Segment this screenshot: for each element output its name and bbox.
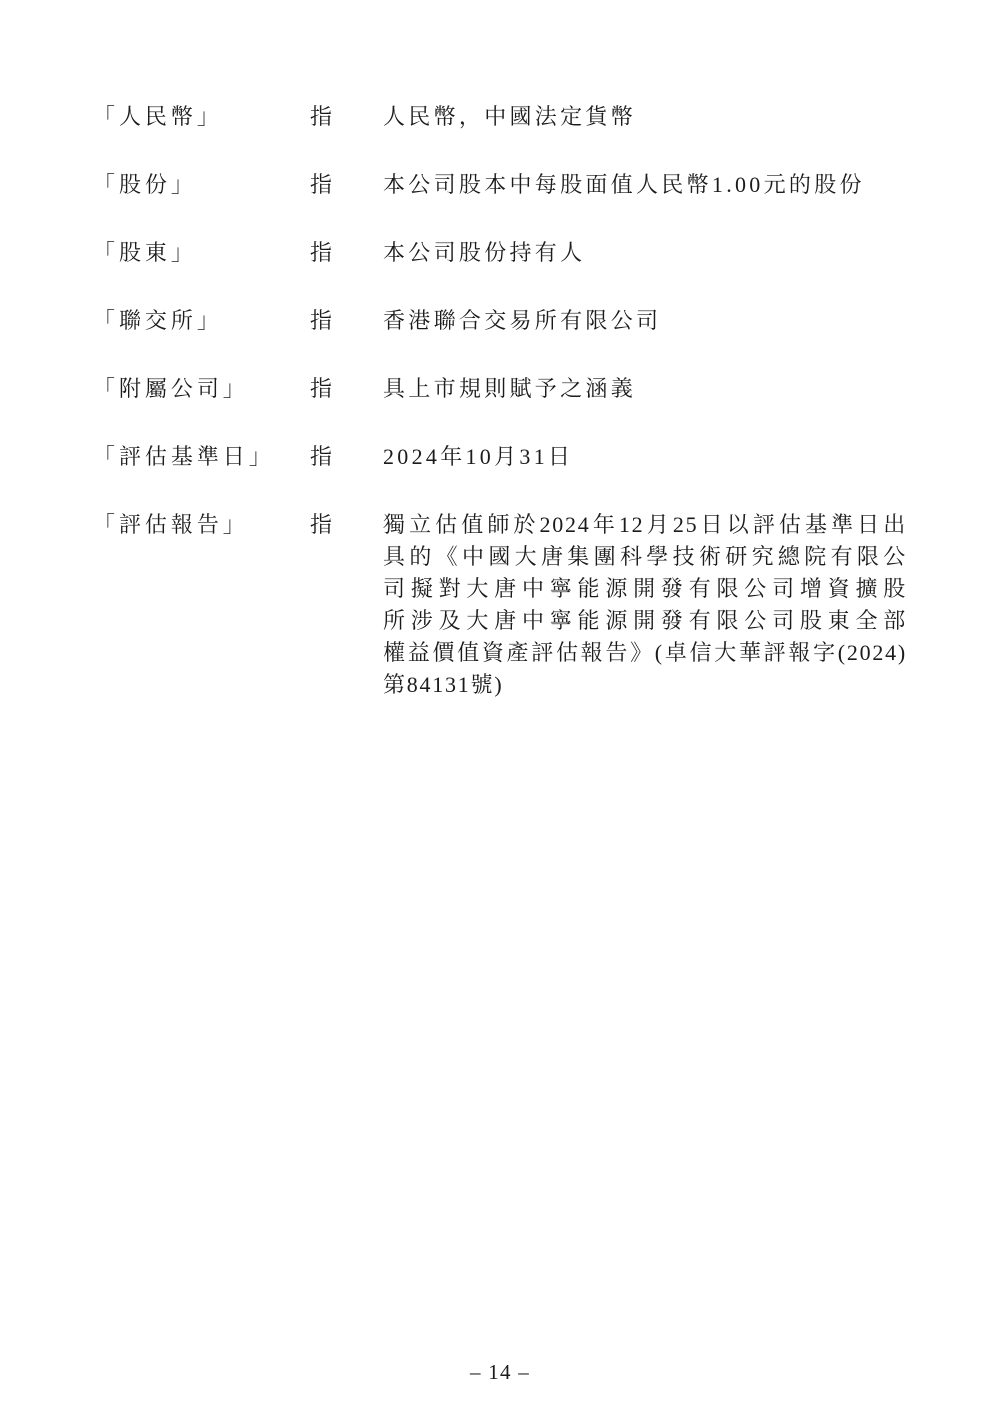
definition-line: 第84131號) (383, 669, 907, 701)
definition-term: 「評估報告」 (93, 509, 310, 541)
definition-line: 所涉及大唐中寧能源開發有限公司股東全部 (383, 605, 907, 637)
definition-line: 具上市規則賦予之涵義 (383, 373, 907, 405)
definition-line: 香港聯合交易所有限公司 (383, 305, 907, 337)
definition-text: 人民幣，中國法定貨幣 (383, 101, 907, 133)
definition-term: 「股東」 (93, 237, 310, 269)
definition-row: 「聯交所」 指 香港聯合交易所有限公司 (93, 305, 907, 337)
definition-term: 「聯交所」 (93, 305, 310, 337)
document-page: 「人民幣」 指 人民幣，中國法定貨幣 「股份」 指 本公司股本中每股面值人民幣1… (0, 0, 1000, 1414)
definition-text: 本公司股份持有人 (383, 237, 907, 269)
definition-text: 本公司股本中每股面值人民幣1.00元的股份 (383, 169, 907, 201)
definition-row: 「評估基準日」 指 2024年10月31日 (93, 441, 907, 473)
definition-text: 具上市規則賦予之涵義 (383, 373, 907, 405)
definitions-list: 「人民幣」 指 人民幣，中國法定貨幣 「股份」 指 本公司股本中每股面值人民幣1… (93, 101, 907, 737)
page-number: – 14 – (470, 1360, 530, 1384)
definition-line: 人民幣，中國法定貨幣 (383, 101, 907, 133)
definition-term: 「附屬公司」 (93, 373, 310, 405)
definition-connector: 指 (310, 169, 383, 201)
definition-connector: 指 (310, 305, 383, 337)
definition-term: 「評估基準日」 (93, 441, 310, 473)
definition-text: 香港聯合交易所有限公司 (383, 305, 907, 337)
definition-row: 「人民幣」 指 人民幣，中國法定貨幣 (93, 101, 907, 133)
page-footer: – 14 – (0, 1360, 1000, 1385)
definition-connector: 指 (310, 373, 383, 405)
definition-connector: 指 (310, 509, 383, 541)
definition-line: 司擬對大唐中寧能源開發有限公司增資擴股 (383, 573, 907, 605)
definition-row: 「股東」 指 本公司股份持有人 (93, 237, 907, 269)
definition-connector: 指 (310, 237, 383, 269)
definition-text: 獨立估值師於2024年12月25日以評估基準日出 具的《中國大唐集團科學技術研究… (383, 509, 907, 701)
definition-row: 「評估報告」 指 獨立估值師於2024年12月25日以評估基準日出 具的《中國大… (93, 509, 907, 701)
definition-line: 具的《中國大唐集團科學技術研究總院有限公 (383, 541, 907, 573)
definition-line: 2024年10月31日 (383, 441, 907, 473)
definition-text: 2024年10月31日 (383, 441, 907, 473)
definition-row: 「股份」 指 本公司股本中每股面值人民幣1.00元的股份 (93, 169, 907, 201)
definition-term: 「人民幣」 (93, 101, 310, 133)
definition-row: 「附屬公司」 指 具上市規則賦予之涵義 (93, 373, 907, 405)
definition-connector: 指 (310, 441, 383, 473)
definition-line: 權益價值資產評估報告》(卓信大華評報字(2024) (383, 637, 907, 669)
definition-line: 本公司股本中每股面值人民幣1.00元的股份 (383, 169, 907, 201)
definition-term: 「股份」 (93, 169, 310, 201)
definition-line: 本公司股份持有人 (383, 237, 907, 269)
definition-connector: 指 (310, 101, 383, 133)
definition-line: 獨立估值師於2024年12月25日以評估基準日出 (383, 509, 907, 541)
